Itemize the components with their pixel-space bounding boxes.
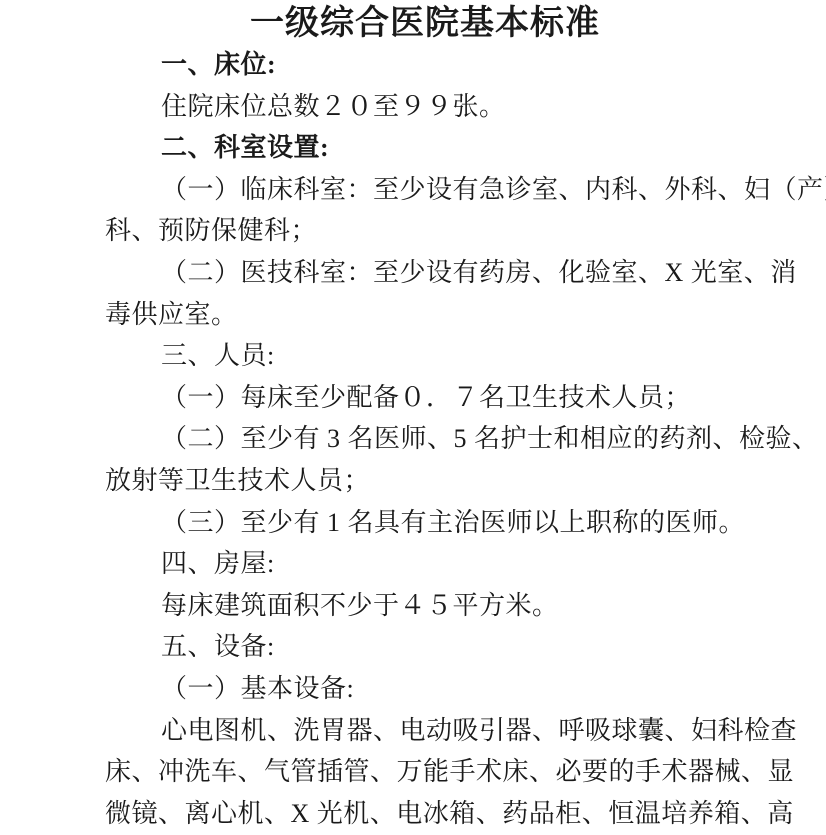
line-personnel-ratio: （一）每床至少配备０．７名卫生技术人员；	[105, 377, 826, 419]
line-bed-count: 住院床位总数２０至９９张。	[105, 86, 826, 128]
line-personnel-staff-2: 放射等卫生技术人员；	[105, 460, 826, 502]
line-clinical-departments-2: 科、预防保健科；	[105, 210, 826, 252]
heading-section-4-housing: 四、房屋:	[105, 543, 826, 585]
line-equipment-list-3: 微镜、离心机、X 光机、电冰箱、药品柜、恒温培养箱、高	[105, 793, 826, 835]
line-equipment-list-1: 心电图机、洗胃器、电动吸引器、呼吸球囊、妇科检查	[105, 710, 826, 752]
document-title: 一级综合医院基本标准	[105, 0, 745, 44]
line-equipment-list-2: 床、冲洗车、气管插管、万能手术床、必要的手术器械、显	[105, 751, 826, 793]
line-clinical-departments-1: （一）临床科室：至少设有急诊室、内科、外科、妇（产）	[105, 169, 826, 211]
line-medtech-departments-1: （二）医技科室：至少设有药房、化验室、X 光室、消	[105, 252, 826, 294]
document-body: 一、床位:住院床位总数２０至９９张。二、科室设置:（一）临床科室：至少设有急诊室…	[0, 44, 826, 834]
heading-section-3-personnel: 三、人员:	[105, 335, 826, 377]
heading-section-2-departments: 二、科室设置:	[105, 127, 826, 169]
line-housing-area: 每床建筑面积不少于４５平方米。	[105, 585, 826, 627]
heading-basic-equipment: （一）基本设备:	[105, 668, 826, 710]
line-personnel-physician: （三）至少有 1 名具有主治医师以上职称的医师。	[105, 502, 826, 544]
line-personnel-staff-1: （二）至少有 3 名医师、5 名护士和相应的药剂、检验、	[105, 418, 826, 460]
heading-section-5-equipment: 五、设备:	[105, 626, 826, 668]
document-page: 一级综合医院基本标准 一、床位:住院床位总数２０至９９张。二、科室设置:（一）临…	[0, 0, 826, 835]
heading-section-1-beds: 一、床位:	[105, 44, 826, 86]
line-medtech-departments-2: 毒供应室。	[105, 294, 826, 336]
